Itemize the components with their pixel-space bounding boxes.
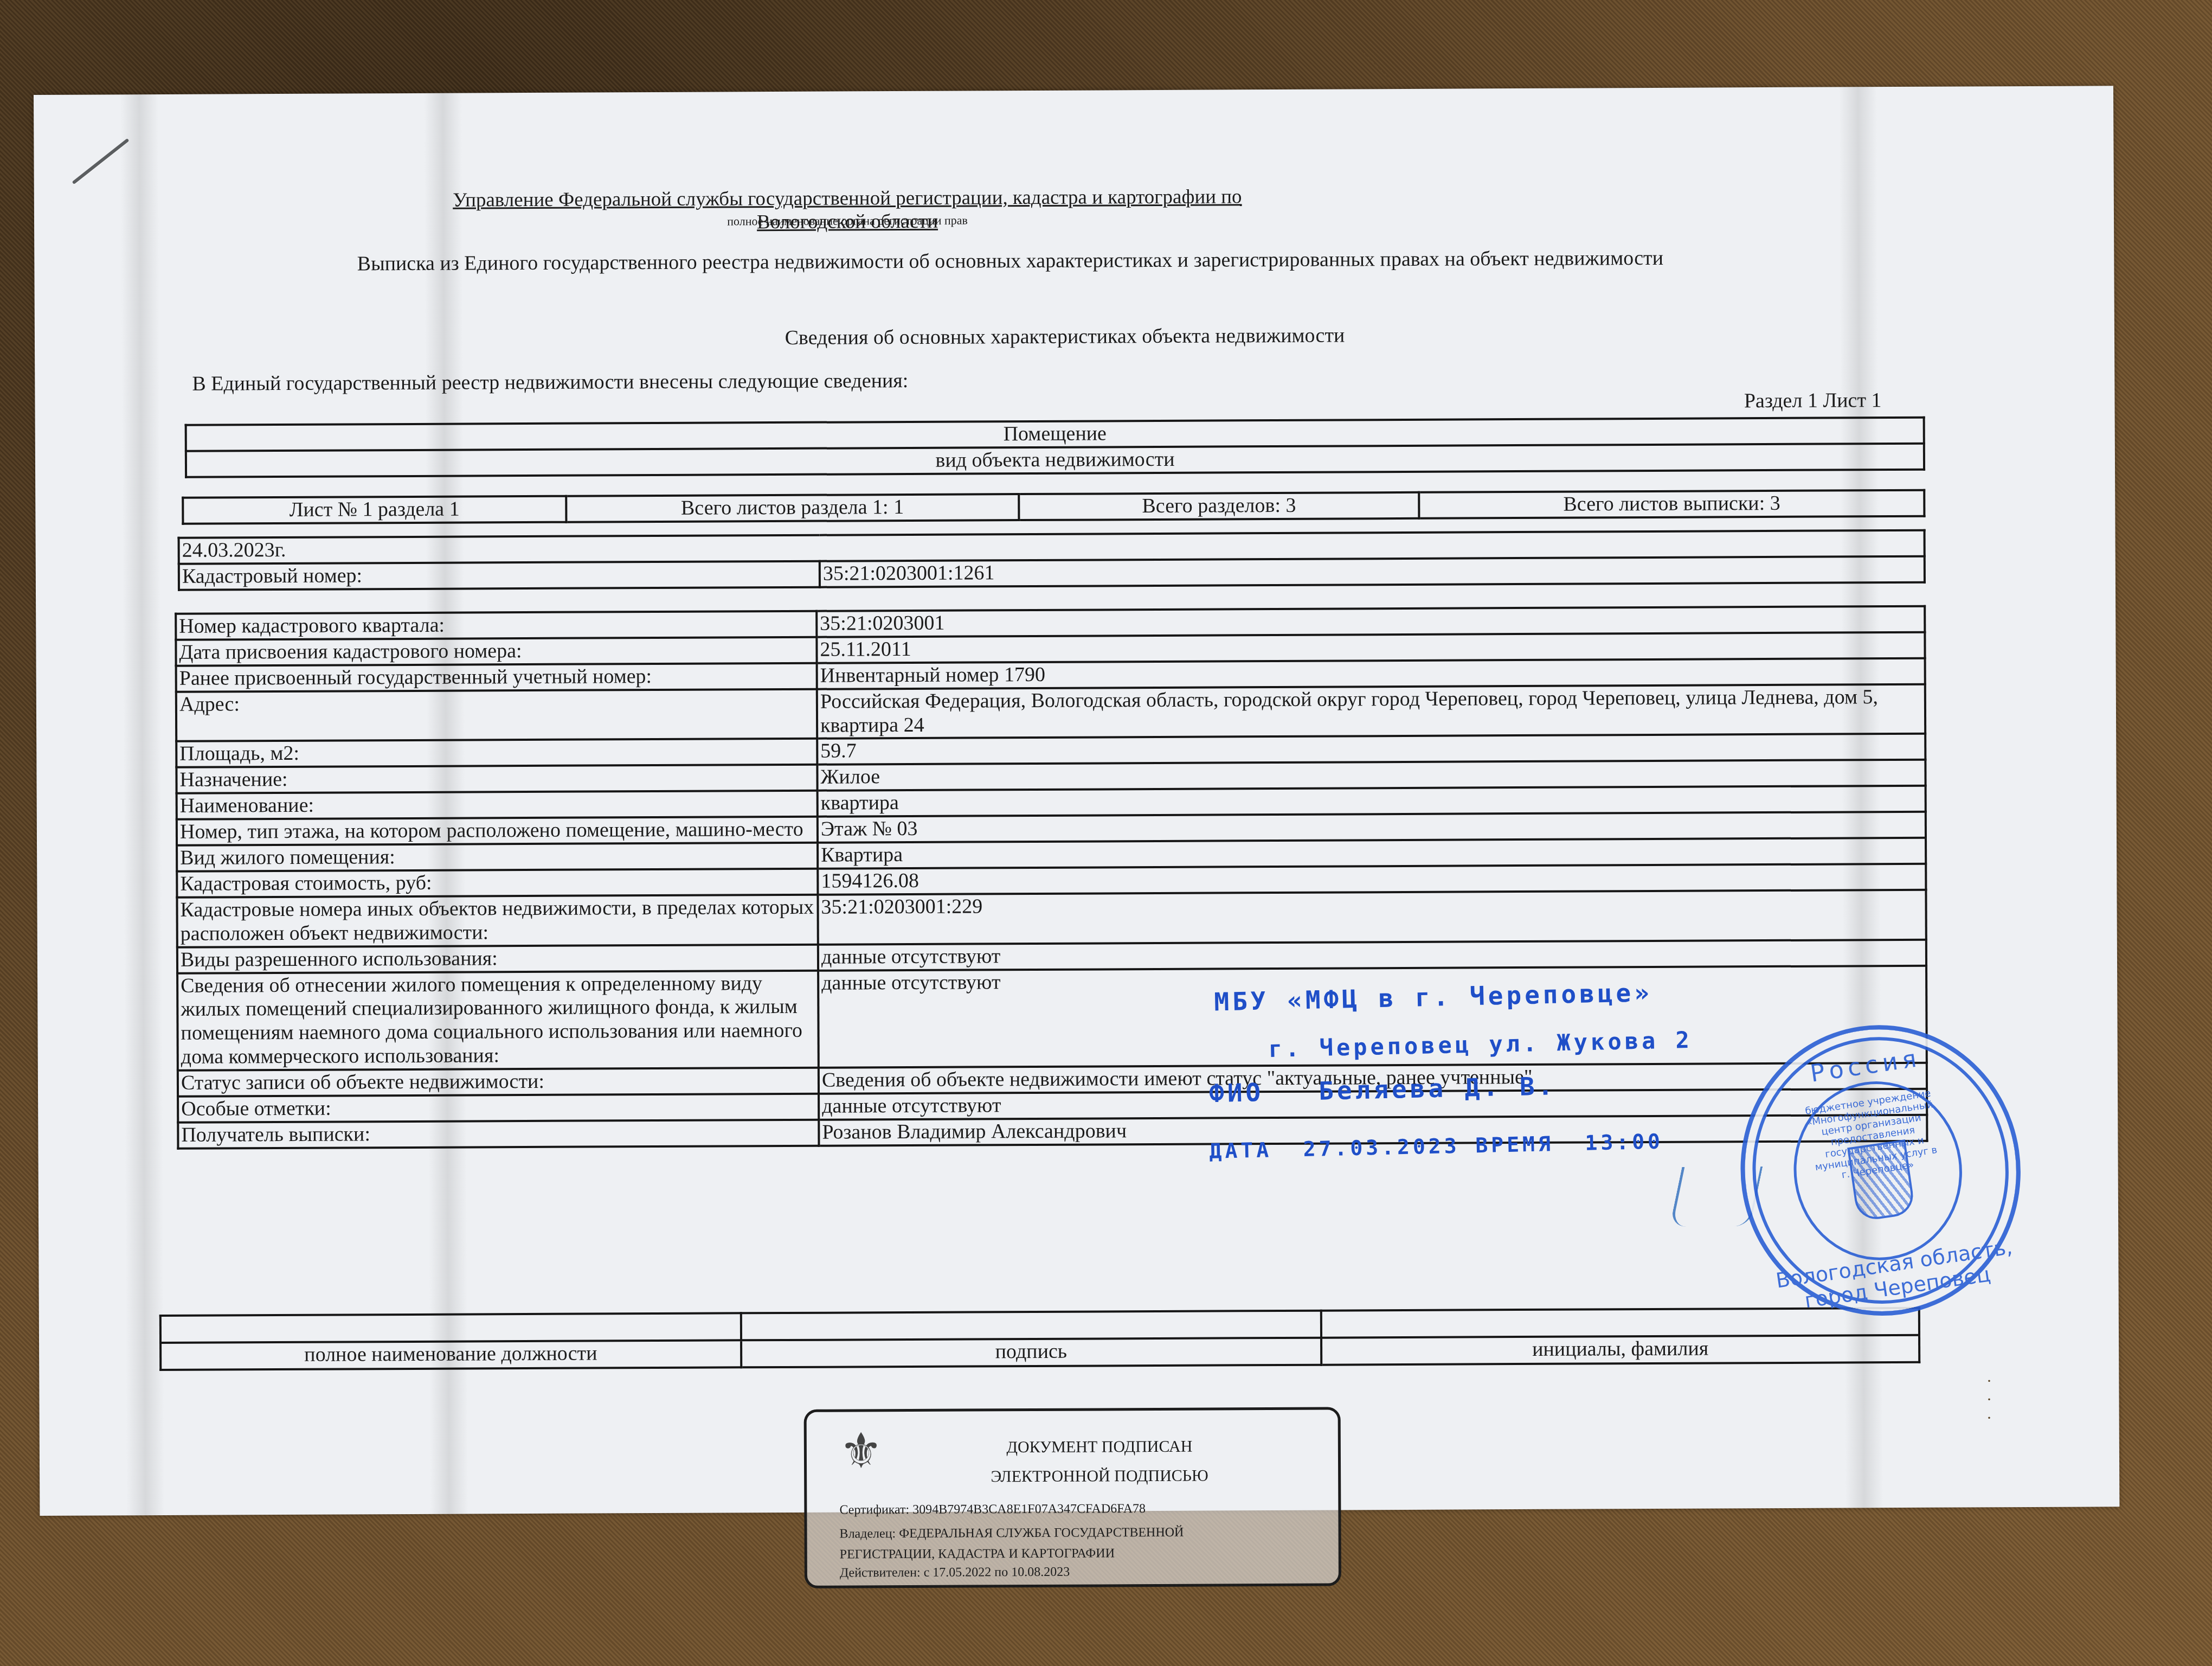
fio-label: ФИО	[1209, 1078, 1264, 1108]
characteristics-table: Номер кадастрового квартала:35:21:020300…	[175, 605, 1928, 1150]
sections-total: Всего разделов: 3	[1019, 492, 1419, 520]
object-kind-table: Помещение вид объекта недвижимости	[185, 416, 1925, 478]
time-label: ВРЕМЯ	[1475, 1132, 1554, 1157]
extract-sheets-total: Всего листов выписки: 3	[1419, 490, 1925, 518]
sheet-number: Лист № 1 раздела 1	[183, 496, 566, 524]
name-caption: инициалы, фамилия	[1321, 1335, 1919, 1365]
row-label: Адрес:	[176, 689, 817, 742]
cadastral-number-value: 35:21:0203001:1261	[820, 556, 1925, 587]
esig-owner: Владелец: ФЕДЕРАЛЬНАЯ СЛУЖБА ГОСУДАРСТВЕ…	[840, 1526, 1184, 1542]
intro-text: В Единый государственный реестр недвижим…	[192, 369, 908, 396]
row-label: Статус записи об объекте недвижимости:	[178, 1067, 819, 1096]
sheet-reference: Раздел 1 Лист 1	[1744, 388, 1882, 413]
time-value: 13:00	[1585, 1130, 1663, 1155]
date-label: ДАТА	[1209, 1138, 1272, 1163]
document-sheet: Управление Федеральной службы государств…	[34, 86, 2119, 1516]
date-value: 27.03.2023	[1303, 1134, 1460, 1161]
paper-specks: ···	[1986, 1372, 1992, 1427]
esig-validity: Действителен: с 17.05.2022 по 10.08.2023	[840, 1565, 1070, 1581]
row-label: Вид жилого помещения:	[177, 843, 818, 872]
row-label: Виды разрешенного использования:	[177, 944, 818, 973]
seal-inner-ring: бюджетное учреждение «Многофункциональны…	[1782, 1070, 1974, 1271]
table-row: Адрес:Российская Федерация, Вологодская …	[176, 684, 1925, 741]
position-caption: полное наименование должности	[160, 1340, 741, 1370]
row-label: Кадастровые номера иных объектов недвижи…	[177, 895, 818, 947]
copier-smudge	[120, 94, 164, 1515]
signature-caption: подпись	[741, 1338, 1322, 1368]
signature-table: полное наименование должности подпись ин…	[159, 1307, 1920, 1371]
row-label: Наименование:	[177, 791, 818, 819]
row-label: Сведения об отнесении жилого помещения к…	[177, 970, 819, 1070]
document-title: Выписка из Единого государственного реес…	[251, 246, 1769, 276]
table-row: Сведения об отнесении жилого помещения к…	[177, 966, 1927, 1071]
esig-certificate: Сертификат: 3094B7974B3CA8E1F07A347CFAD6…	[839, 1502, 1146, 1517]
section-title: Сведения об основных характеристиках объ…	[631, 323, 1499, 350]
electronic-signature-box: ⚜ ДОКУМЕНТ ПОДПИСАН ЭЛЕКТРОННОЙ ПОДПИСЬЮ…	[804, 1407, 1341, 1588]
row-value: Российская Федерация, Вологодская област…	[817, 684, 1925, 739]
row-label: Получатель выписки:	[178, 1119, 819, 1148]
coat-of-arms-icon	[1847, 1139, 1916, 1222]
esig-line2: ЭЛЕКТРОННОЙ ПОДПИСЬЮ	[807, 1466, 1338, 1487]
section-sheets-total: Всего листов раздела 1: 1	[566, 494, 1019, 522]
row-label: Дата присвоения кадастрового номера:	[176, 637, 816, 666]
row-label: Номер, тип этажа, на котором расположено…	[177, 817, 818, 845]
esig-line1: ДОКУМЕНТ ПОДПИСАН	[807, 1437, 1338, 1458]
row-label: Ранее присвоенный государственный учетны…	[176, 663, 817, 692]
row-label: Назначение:	[176, 765, 817, 793]
fio-value: Беляева Д. В.	[1319, 1071, 1557, 1106]
row-value: 35:21:0203001:229	[818, 890, 1926, 944]
date-table: 24.03.2023г. Кадастровый номер: 35:21:02…	[178, 529, 1926, 591]
esig-owner-cont: РЕГИСТРАЦИИ, КАДАСТРА И КАРТОГРАФИИ	[840, 1546, 1115, 1562]
row-label: Номер кадастрового квартала:	[176, 611, 816, 640]
row-label: Площадь, м2:	[176, 739, 817, 767]
cadastral-number-label: Кадастровый номер:	[179, 561, 820, 590]
table-row: Кадастровые номера иных объектов недвижи…	[177, 890, 1926, 947]
row-label: Кадастровая стоимость, руб:	[177, 869, 818, 898]
row-label: Особые отметки:	[178, 1093, 819, 1122]
